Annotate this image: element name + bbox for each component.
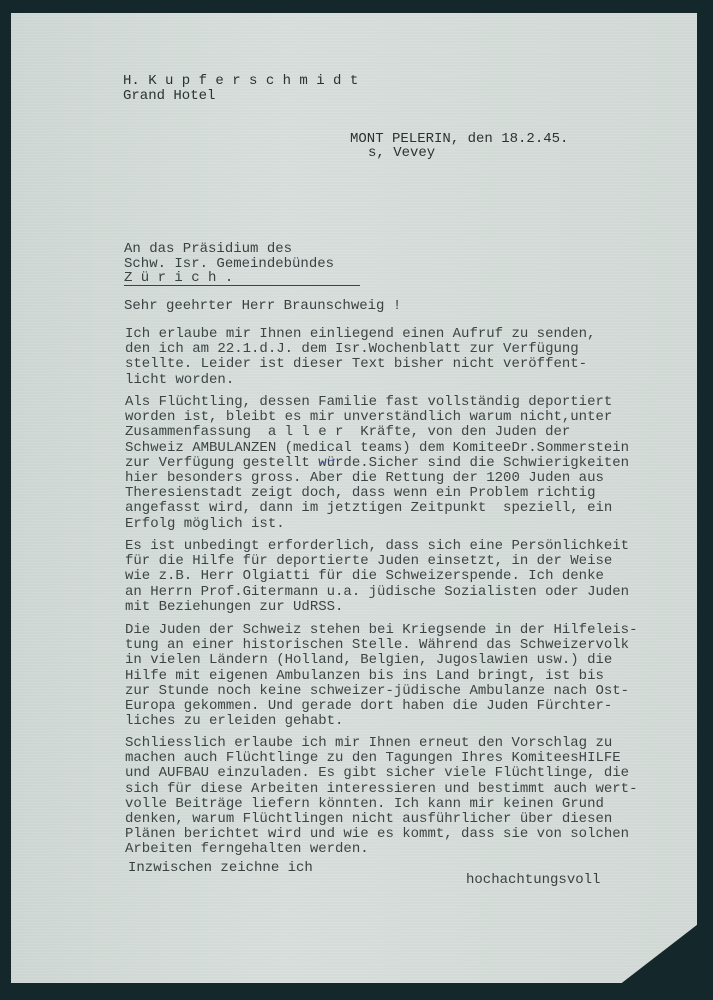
paragraph-line: Erfolg möglich ist. — [125, 517, 629, 532]
valediction: hochachtungsvoll — [466, 873, 600, 888]
addressee-city: Z ü r i c h . — [124, 271, 233, 286]
paragraph-line: Zusammenfassung a l l e r Kräfte, von de… — [125, 425, 629, 440]
paragraph-line: zur Stunde noch keine schweizer-jüdische… — [125, 684, 637, 699]
paragraph-line: wie z.B. Herr Olgiatti für die Schweizer… — [125, 569, 629, 584]
paragraph-line: Es ist unbedingt erforderlich, dass sich… — [125, 539, 629, 554]
paragraph-line: angefasst wird, dann im jetztigen Zeitpu… — [125, 501, 629, 516]
sender-name: H. K u p f e r s c h m i d t — [123, 74, 358, 89]
paragraph-line: Schweiz AMBULANZEN (medical teams) dem K… — [125, 441, 629, 456]
paragraph-line: mit Beziehungen zur UdRSS. — [125, 600, 629, 615]
paragraph-line: liches zu erleiden gehabt. — [125, 714, 637, 729]
paragraph-line: Hilfe mit eigenen Ambulanzen bis ins Lan… — [125, 669, 637, 684]
paragraph-line: Die Juden der Schweiz stehen bei Kriegse… — [125, 623, 637, 638]
sender-place: Grand Hotel — [123, 89, 215, 104]
sub-place: s, Vevey — [368, 146, 435, 161]
paragraph-line: denken, warum Flüchtlingen nicht ausführ… — [125, 812, 637, 827]
paragraph-line: Europa gekommen. Und gerade dort haben d… — [125, 699, 637, 714]
paragraph-line: Als Flüchtling, dessen Familie fast voll… — [125, 395, 629, 410]
paragraph-line: Schliesslich erlaube ich mir Ihnen erneu… — [125, 736, 637, 751]
paragraph-line: worden ist, bleibt es mir unverständlich… — [125, 410, 629, 425]
paragraph-line: an Herrn Prof.Gitermann u.a. jüdische So… — [125, 585, 629, 600]
paragraph-2: Als Flüchtling, dessen Familie fast voll… — [125, 395, 629, 532]
paragraph-line: stellte. Leider ist dieser Text bisher n… — [125, 357, 595, 372]
paragraph-line: hier besonders gross. Aber die Rettung d… — [125, 471, 629, 486]
paragraph-4: Die Juden der Schweiz stehen bei Kriegse… — [125, 623, 637, 729]
paragraph-line: sich für diese Arbeiten interessieren un… — [125, 782, 637, 797]
paragraph-line: und AUFBAU einzuladen. Es gibt sicher vi… — [125, 766, 637, 781]
paragraph-line: Ich erlaube mir Ihnen einliegend einen A… — [125, 327, 595, 342]
paragraph-line: Arbeiten ferngehalten werden. — [125, 842, 637, 857]
paragraph-3: Es ist unbedingt erforderlich, dass sich… — [125, 539, 629, 615]
paragraph-line: in vielen Ländern (Holland, Belgien, Jug… — [125, 653, 637, 668]
paragraph-1: Ich erlaube mir Ihnen einliegend einen A… — [125, 327, 595, 388]
paragraph-line: den ich am 22.1.d.J. dem Isr.Wochenblatt… — [125, 342, 595, 357]
paragraph-line: volle Beiträge liefern könnten. Ich kann… — [125, 797, 637, 812]
paragraph-line: tung an einer historischen Stelle. Währe… — [125, 638, 637, 653]
addressee-line-1: An das Präsidium des — [124, 242, 292, 257]
paragraph-line: Plänen berichtet wird und wie es kommt, … — [125, 827, 637, 842]
city-underline — [124, 285, 360, 286]
paragraph-5: Schliesslich erlaube ich mir Ihnen erneu… — [125, 736, 637, 858]
paragraph-line: zur Verfügung gestellt würde.Sicher sind… — [125, 456, 629, 471]
paragraph-line: Theresienstadt zeigt doch, dass wenn ein… — [125, 486, 629, 501]
paragraph-line: für die Hilfe für deportierte Juden eins… — [125, 554, 629, 569]
salutation: Sehr geehrter Herr Braunschweig ! — [124, 299, 401, 314]
paragraph-line: machen auch Flüchtlinge zu den Tagungen … — [125, 751, 637, 766]
paragraph-line: licht worden. — [125, 373, 595, 388]
closing-line: Inzwischen zeichne ich — [128, 861, 313, 876]
